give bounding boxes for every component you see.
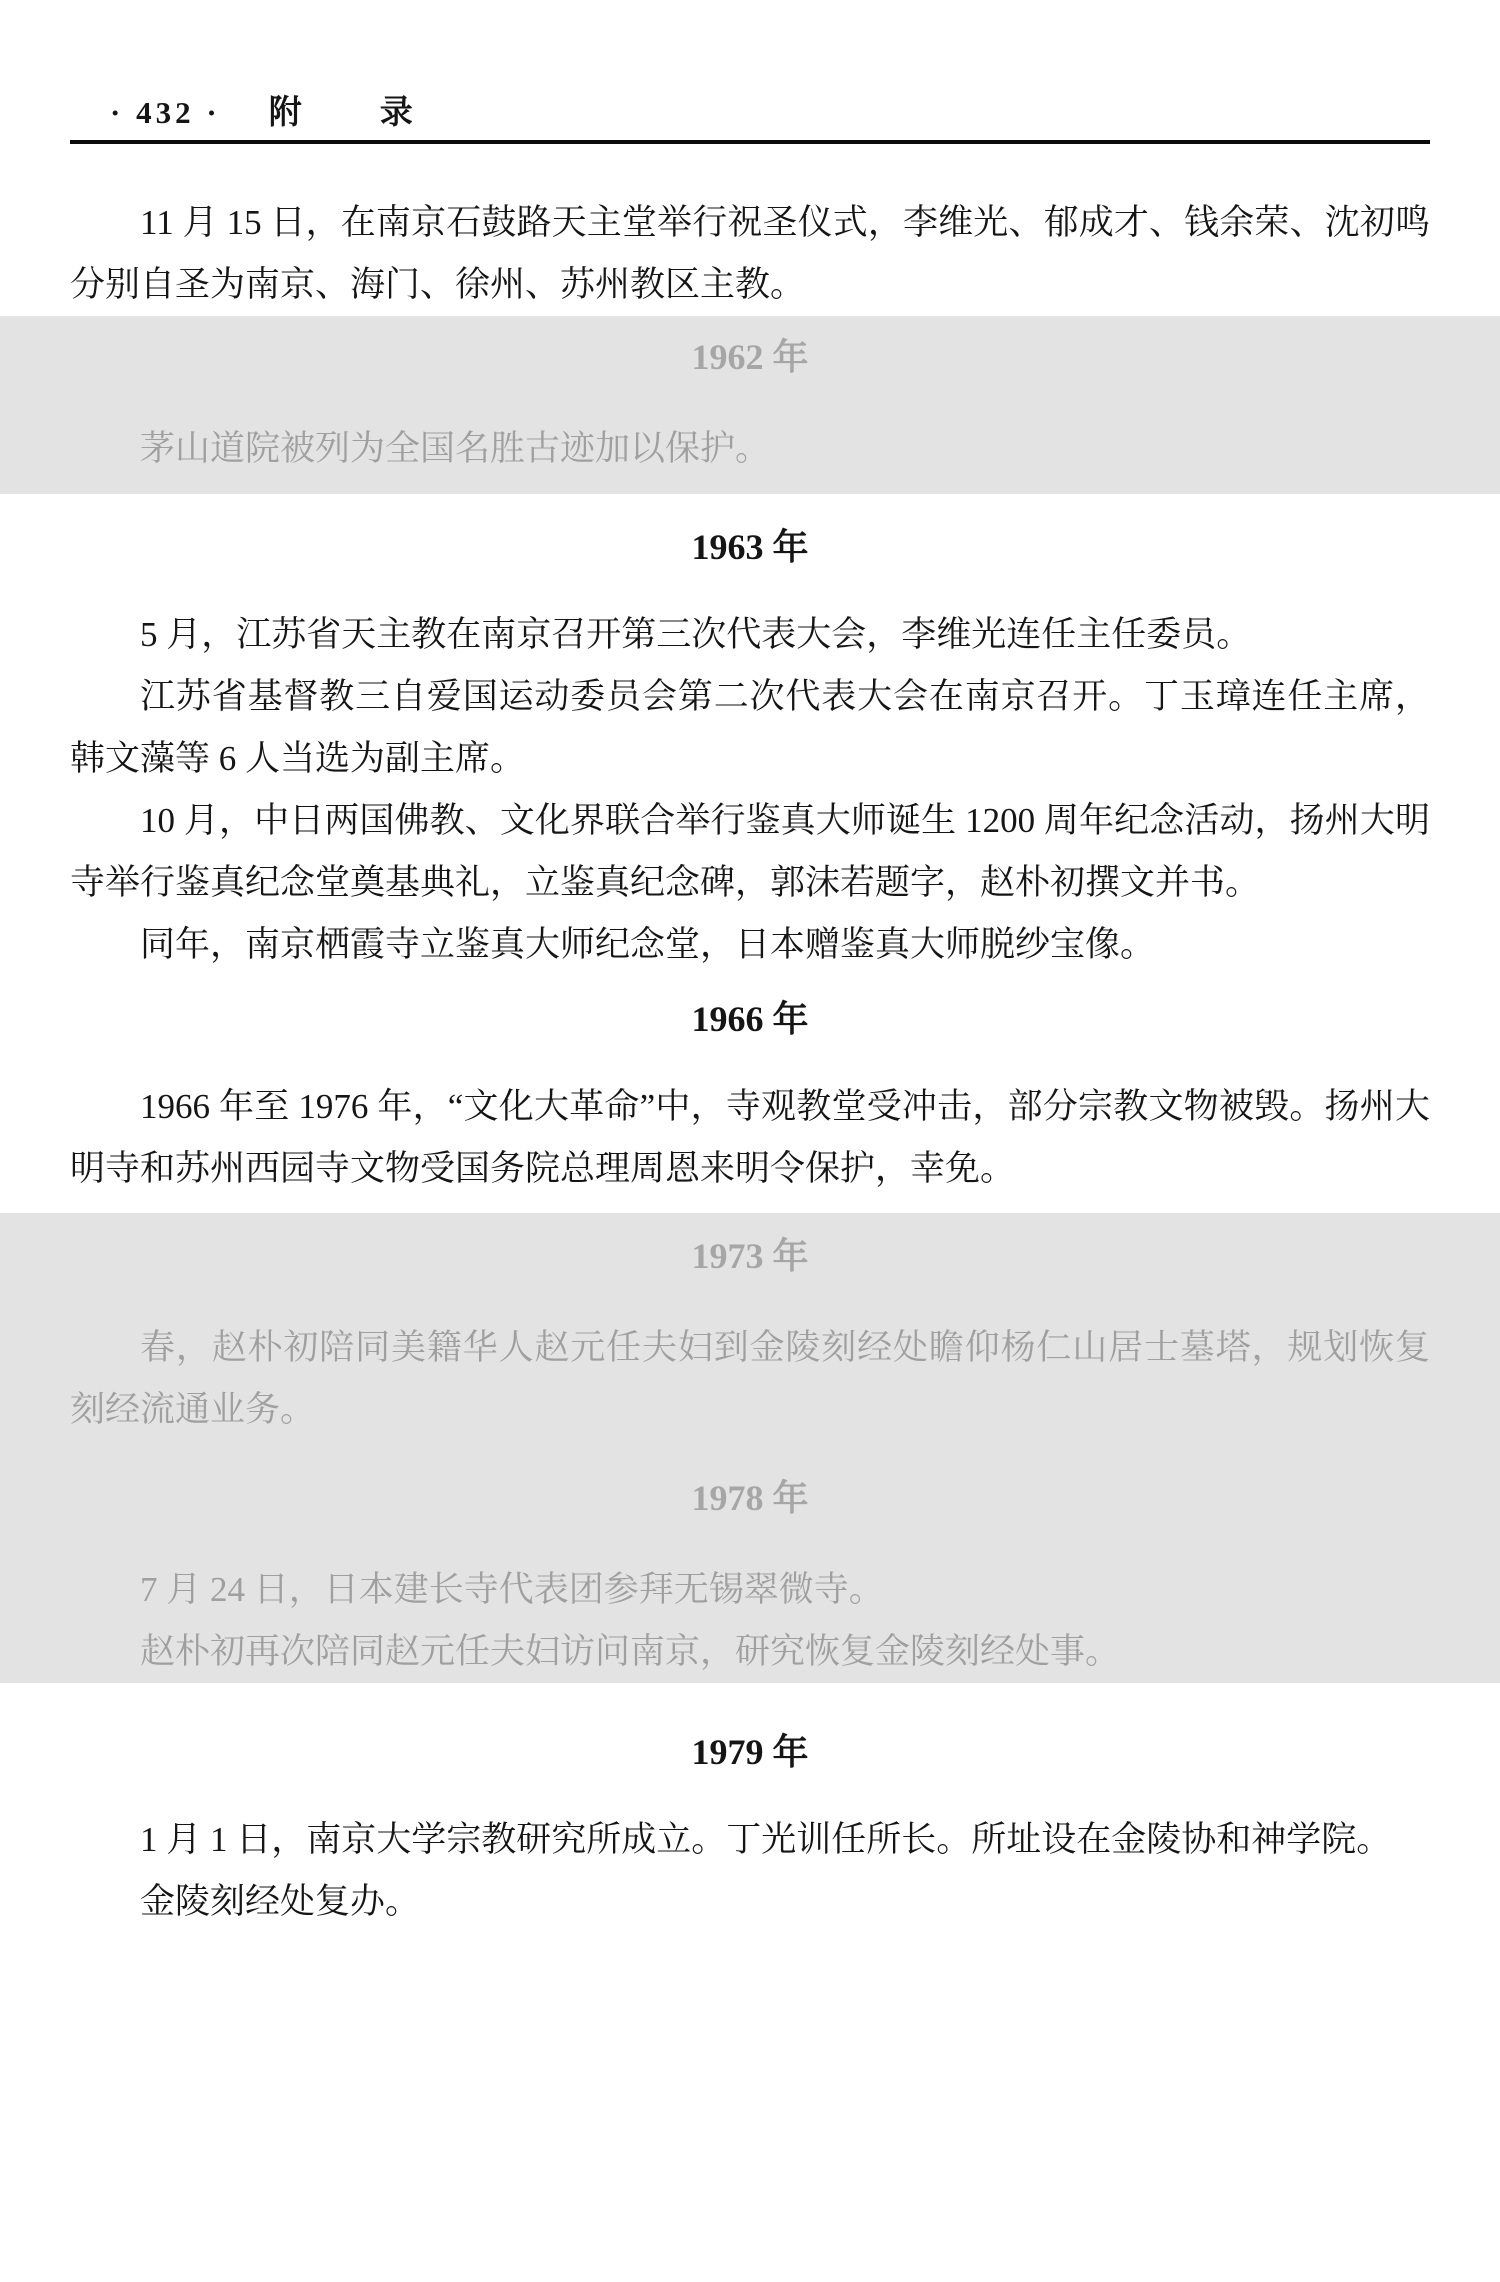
section-1966: 1966 年 1966 年至 1976 年，“文化大革命”中，寺观教堂受冲击，部… — [70, 988, 1430, 1200]
section-title: 附 录 — [269, 92, 417, 134]
year-heading-1978: 1978 年 — [70, 1467, 1430, 1529]
paragraph: 金陵刻经处复办。 — [70, 1871, 1430, 1933]
paragraph: 7 月 24 日，日本建长寺代表团参拜无锡翠微寺。 — [70, 1559, 1430, 1621]
paragraph: 10 月，中日两国佛教、文化界联合举行鉴真大师诞生 1200 周年纪念活动，扬州… — [70, 790, 1430, 914]
section-carryover: 11 月 15 日，在南京石鼓路天主堂举行祝圣仪式，李维光、郁成才、钱余荣、沈初… — [70, 192, 1430, 316]
paragraph: 11 月 15 日，在南京石鼓路天主堂举行祝圣仪式，李维光、郁成才、钱余荣、沈初… — [70, 192, 1430, 316]
paragraph: 赵朴初再次陪同赵元任夫妇访问南京，研究恢复金陵刻经处事。 — [70, 1621, 1430, 1683]
year-heading-1962: 1962 年 — [70, 326, 1430, 388]
book-page: · 432 · 附 录 11 月 15 日，在南京石鼓路天主堂举行祝圣仪式，李维… — [0, 0, 1500, 2282]
year-heading-1963: 1963 年 — [70, 516, 1430, 578]
paragraph: 江苏省基督教三自爱国运动委员会第二次代表大会在南京召开。丁玉璋连任主席，韩文藻等… — [70, 666, 1430, 790]
highlight-band-1962: 1962 年 茅山道院被列为全国名胜古迹加以保护。 — [0, 316, 1500, 494]
highlight-band-1973-1978: 1973 年 春，赵朴初陪同美籍华人赵元任夫妇到金陵刻经处瞻仰杨仁山居士墓塔，规… — [0, 1213, 1500, 1683]
year-heading-1973: 1973 年 — [70, 1225, 1430, 1287]
paragraph: 1 月 1 日，南京大学宗教研究所成立。丁光训任所长。所址设在金陵协和神学院。 — [70, 1809, 1430, 1871]
year-heading-1966: 1966 年 — [70, 988, 1430, 1050]
section-1979: 1979 年 1 月 1 日，南京大学宗教研究所成立。丁光训任所长。所址设在金陵… — [70, 1721, 1430, 1933]
paragraph: 5 月，江苏省天主教在南京召开第三次代表大会，李维光连任主任委员。 — [70, 604, 1430, 666]
paragraph: 同年，南京栖霞寺立鉴真大师纪念堂，日本赠鉴真大师脱纱宝像。 — [70, 914, 1430, 976]
paragraph: 1966 年至 1976 年，“文化大革命”中，寺观教堂受冲击，部分宗教文物被毁… — [70, 1076, 1430, 1200]
year-heading-1979: 1979 年 — [70, 1721, 1430, 1783]
section-1963: 1963 年 5 月，江苏省天主教在南京召开第三次代表大会，李维光连任主任委员。… — [70, 516, 1430, 976]
page-header: · 432 · 附 录 — [70, 0, 1430, 144]
paragraph: 春，赵朴初陪同美籍华人赵元任夫妇到金陵刻经处瞻仰杨仁山居士墓塔，规划恢复刻经流通… — [70, 1317, 1430, 1441]
paragraph: 茅山道院被列为全国名胜古迹加以保护。 — [70, 418, 1430, 480]
page-number: · 432 · — [70, 92, 221, 134]
